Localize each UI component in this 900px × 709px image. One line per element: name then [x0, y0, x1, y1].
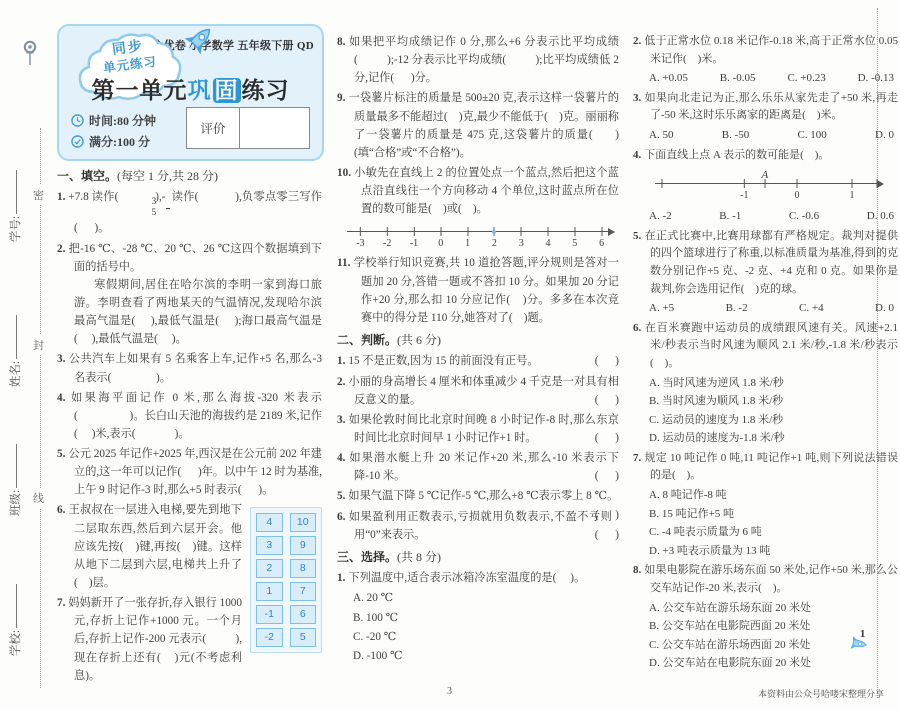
choice-q7-options: A. 8 吨记作-8 吨 B. 15 吨记作+5 吨 C. -4 吨表示质量为 …: [633, 487, 898, 560]
elevator-button: -2: [256, 628, 283, 647]
blank-line: [16, 444, 17, 488]
section-heading-judge: 二、判断。(共 6 分): [337, 331, 619, 350]
option: B. 15 吨记作+5 吨: [633, 506, 898, 524]
blank-line: [16, 170, 17, 214]
option: B. -50: [722, 127, 750, 145]
rocket-icon: [838, 628, 872, 658]
corner-page-number: 1: [860, 629, 865, 640]
option: C. -4 吨表示质量为 6 吨: [633, 524, 898, 542]
elevator-button-panel: 410 39 28 17 -16 -25: [250, 507, 322, 653]
fill-q2: 2.把-16 ℃、-28 ℃、20 ℃、26 ℃这四个数据填到下面的括号中。 寒…: [57, 240, 322, 349]
unit-title: 第一单元巩固练习: [59, 72, 322, 105]
choice-q6-options: A. 当时风速为逆风 1.8 米/秒 B. 当时风速为顺风 1.8 米/秒 C.…: [633, 375, 898, 448]
column-choice: 2.低于正常水位 0.18 米记作-0.18 米,高于正常水位 0.05 米记作…: [633, 31, 898, 674]
section-heading-fill: 一、填空。(每空 1 分,共 28 分): [57, 167, 322, 186]
elevator-button: 1: [256, 582, 283, 601]
margin-label-school: 学校:: [7, 564, 23, 676]
elevator-button: 8: [290, 559, 317, 578]
highlight-char-2: 固: [213, 78, 241, 103]
tick: 3: [519, 227, 524, 252]
choice-q5: 5.在正式比赛中,比赛用球都有严格规定。裁判对提供的四个篮球进行了称重,以标准质…: [633, 228, 898, 298]
answer-bracket: ( ): [612, 352, 619, 370]
fill-q10: 10.小敏先在直线上 2 的位置处点一个蓝点,然后把这个蓝点沿直线往一个方向移动…: [337, 164, 619, 218]
fill-q5: 5.公元 2025 年记作+2025 年,西汉是在公元前 202 年建立的,这一…: [57, 445, 322, 499]
column-middle: 8.如果把平均成绩记作 0 分,那么+6 分表示比平均成绩( );-12 分表示…: [337, 31, 619, 666]
seal-dotted-line: [40, 128, 41, 688]
elevator-button: 7: [290, 582, 317, 601]
tick: [661, 179, 662, 188]
option: D. +3 吨表示质量为 13 吨: [633, 543, 898, 561]
evaluation-blank-cell: [240, 108, 309, 148]
point-A-label: A: [762, 167, 769, 185]
judge-item-2: 2.小丽的身高增长 4 厘米和体重减少 4 千克是一对具有相反意义的量。( ): [337, 373, 619, 409]
fill-q2-paragraph: 寒假期间,居住在哈尔滨的李明一家到海口旅游。李明查看了两地某天的气温情况,发现哈…: [74, 276, 322, 349]
seal-char: 封: [33, 335, 44, 355]
option: D. 0.6: [867, 208, 894, 226]
option: A. 公交车站在游乐场东面 20 米处: [633, 600, 898, 618]
margin-label-student-id: 学号:: [7, 150, 23, 262]
option: B. 当时风速为顺风 1.8 米/秒: [633, 393, 898, 411]
option: B. -0.05: [720, 70, 756, 88]
elevator-button: 2: [256, 559, 283, 578]
choice-q1-options: A. 20 ℃ B. 100 ℃ C. -20 ℃ D. -100 ℃: [337, 589, 619, 665]
seal-char: 密: [33, 185, 44, 205]
choice-q3-options: A. 50B. -50C. 100D. 0: [633, 127, 898, 145]
answer-bracket: ( ): [612, 467, 619, 485]
fill-q4: 4.如果海平面记作 0 米,那么海拔-320 米表示( )。长白山天池的海拔约是…: [57, 389, 322, 443]
score-label: 满分:100 分: [89, 133, 150, 150]
blue-dot: [492, 230, 496, 234]
fill-q8: 8.如果把平均成绩记作 0 分,那么+6 分表示比平均成绩( );-12 分表示…: [337, 33, 619, 87]
tick: -1: [410, 227, 418, 252]
judge-item-5: 5.如果气温下降 5 ℃记作-5 ℃,那么+8 ℃表示零上 8 ℃。( ): [337, 487, 619, 505]
header-card: 5·3 全优卷 小学数学 五年级下册 QD 同步 单元练习: [57, 24, 324, 161]
fill-q6-q7-block: 410 39 28 17 -16 -25 6.王叔叔在一层进入电梯,要先到地下二…: [57, 501, 322, 684]
fraction-3-5: 35: [166, 198, 170, 219]
highlight-char-1: 巩: [188, 78, 212, 103]
option: A. 20 ℃: [337, 589, 619, 607]
column-fill-in: 一、填空。(每空 1 分,共 28 分) 1.+7.8 读作( ),-35读作(…: [57, 163, 322, 687]
corner-page-marker: 1: [838, 628, 890, 658]
option: C. 运动员的速度为 1.8 米/秒: [633, 412, 898, 430]
exam-meta: 时间:80 分钟 满分:100 分: [71, 108, 156, 150]
margin-label-class: 班级:: [7, 424, 23, 536]
option: A. +5: [649, 300, 674, 318]
judge-item-4: 4.如果潜水艇上升 20 米记作+20 米,那么-10 米表示下降-10 米。(…: [337, 449, 619, 485]
option: A. +0.05: [649, 70, 688, 88]
tick: 0: [794, 179, 799, 204]
fill-q9: 9.一袋薯片标注的质量是 500±20 克,表示这样一袋薯片的质量最多不能超过(…: [337, 89, 619, 162]
judge-item-1: 1.15 不是正数,因为 15 的前面没有正号。( ): [337, 352, 619, 370]
option: B. -1: [719, 208, 741, 226]
option: B. -2: [726, 300, 748, 318]
worksheet-page: 密 封 线 学号: 姓名: 班级: 学校: 5·3 全优卷 小学数学 五年级下册…: [0, 0, 900, 709]
option: D. 0: [875, 300, 894, 318]
blank-line: [16, 584, 17, 628]
option: C. +4: [799, 300, 824, 318]
elevator-button: 9: [290, 536, 317, 555]
time-label: 时间:80 分钟: [89, 112, 156, 129]
rocket-icon: [177, 22, 217, 67]
choice-q2: 2.低于正常水位 0.18 米记作-0.18 米,高于正常水位 0.05 米记作…: [633, 33, 898, 68]
tick: -2: [383, 227, 391, 252]
judge-item-3: 3.如果伦敦时间比北京时间晚 8 小时记作-8 时,那么东京时间比北京时间早 1…: [337, 411, 619, 447]
answer-bracket: ( ): [612, 506, 619, 524]
pushpin-icon: [20, 40, 40, 73]
elevator-button: 3: [256, 536, 283, 555]
option: A. 50: [649, 127, 673, 145]
choice-q8: 8.如果电影院在游乐场东面 50 米处,记作+50 米,那么公交车站记作-20 …: [633, 562, 898, 597]
option: D. 运动员的速度为-1.8 米/秒: [633, 430, 898, 448]
choice-q4-options: A. -2B. -1C. -0.6D. 0.6: [633, 208, 898, 226]
elevator-button: 5: [290, 628, 317, 647]
tick: -3: [356, 227, 364, 252]
seal-char: 线: [33, 488, 44, 508]
tick: -1: [740, 179, 748, 204]
option: A. 当时风速为逆风 1.8 米/秒: [633, 375, 898, 393]
option: A. -2: [649, 208, 672, 226]
check-circle-icon: [71, 135, 84, 148]
tick: 5: [572, 227, 577, 252]
option: B. 100 ℃: [337, 609, 619, 627]
fill-q1: 1.+7.8 读作( ),-35读作( ),负零点零三写作( )。: [57, 188, 322, 237]
answer-bracket: ( ): [612, 526, 619, 544]
option: D. -100 ℃: [337, 647, 619, 665]
evaluation-box: 评价: [186, 107, 310, 149]
option: C. +0.23: [787, 70, 825, 88]
answer-bracket: ( ): [612, 391, 619, 409]
option: D. 0: [875, 127, 894, 145]
tick: 6: [599, 227, 604, 252]
option: C. -0.6: [789, 208, 819, 226]
choice-q5-options: A. +5B. -2C. +4D. 0: [633, 300, 898, 318]
option: D. 公交车站在电影院东面 20 米处: [633, 655, 898, 673]
choice-q7: 7.规定 10 吨记作 0 吨,11 吨记作+1 吨,则下列说法错误的是( )。: [633, 450, 898, 485]
tick: 1: [465, 227, 470, 252]
option: D. -0.13: [858, 70, 894, 88]
page-number: 3: [447, 686, 452, 697]
choice-q3: 3.如果向北走记为正,那么乐乐从家先走了+50 米,再走了-50 米,这时乐乐离…: [633, 90, 898, 125]
clock-icon: [71, 114, 84, 127]
elevator-button: -1: [256, 605, 283, 624]
answer-bracket: ( ): [612, 429, 619, 447]
fill-q11: 11.学校举行知识竞赛,共 10 道抢答题,评分规则是答对一题加 20 分,答错…: [337, 254, 619, 327]
option: C. 100: [797, 127, 826, 145]
tick: 1: [849, 179, 854, 204]
evaluation-label: 评价: [187, 108, 240, 148]
number-line-q10: -3 -2 -1 0 1 2 3 4 5 6: [347, 222, 615, 252]
elevator-button: 4: [256, 513, 283, 532]
blank-line: [16, 315, 17, 359]
tick: 0: [438, 227, 443, 252]
footer-note: 本资料由公众号哈喽宋整理分享: [758, 687, 884, 700]
choice-q4: 4.下面直线上点 A 表示的数可能是( )。: [633, 147, 898, 165]
choice-q6: 6.在百米赛跑中运动员的成绩跟风速有关。风速+2.1 米/秒表示当时风速为顺风 …: [633, 320, 898, 373]
choice-q2-options: A. +0.05B. -0.05C. +0.23D. -0.13: [633, 70, 898, 88]
tick: [877, 179, 878, 188]
elevator-button: 6: [290, 605, 317, 624]
number-line-q4: -1 A 0 1: [655, 174, 884, 204]
margin-label-name: 姓名:: [7, 295, 23, 407]
elevator-button: 10: [290, 513, 317, 532]
fill-q3: 3.公共汽车上如果有 5 名乘客上车,记作+5 名,那么-3 名表示( )。: [57, 350, 322, 386]
choice-q1: 1.下列温度中,适合表示冰箱冷冻室温度的是( )。: [337, 569, 619, 587]
tick: 4: [546, 227, 551, 252]
option: A. 8 吨记作-8 吨: [633, 487, 898, 505]
section-heading-choice: 三、选择。(共 8 分): [337, 548, 619, 567]
judge-item-6: 6.如果盈利用正数表示,亏损就用负数表示,不盈不亏则用“0”来表示。( ): [337, 508, 619, 544]
option: C. -20 ℃: [337, 628, 619, 646]
